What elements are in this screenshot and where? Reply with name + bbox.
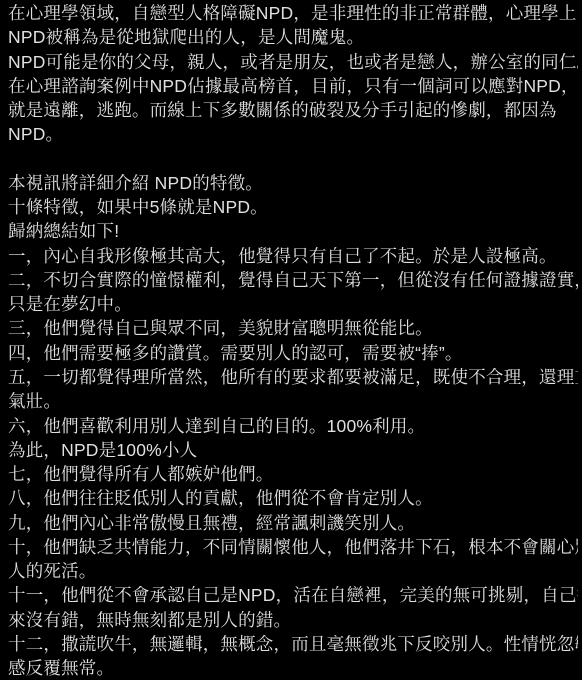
text-line: 二，不切合實際的憧憬權利，覺得自己天下第一，但從沒有任何證據證實， bbox=[8, 268, 578, 292]
text-line: 八，他們往往貶低別人的貢獻，他們從不會肯定別人。 bbox=[8, 486, 578, 510]
text-line: 九，他們內心非常傲慢且無禮，經常諷刺譏笑別人。 bbox=[8, 511, 578, 535]
text-line: 人的死活。 bbox=[8, 559, 578, 583]
text-line: 一，內心自我形像極其高大，他覺得只有自己了不起。於是人設極高。 bbox=[8, 244, 578, 268]
text-line: 在心理學領域，自戀型人格障礙NPD，是非理性的非正常群體，心理學上 bbox=[8, 1, 578, 25]
text-line: 六，他們喜歡利用別人達到自己的目的。100%利用。 bbox=[8, 414, 578, 438]
text-line: 為此，NPD是100%小人 bbox=[8, 438, 578, 462]
text-line: 七，他們覺得所有人都嫉妒他們。 bbox=[8, 462, 578, 486]
text-line: 本視訊將詳細介紹 NPD的特徵。 bbox=[8, 171, 578, 195]
text-line: NPD被稱為是從地獄爬出的人，是人間魔鬼。 bbox=[8, 25, 578, 49]
text-line: 十一，他們從不會承認自己是NPD，活在自戀裡，完美的無可挑剔，自己從 bbox=[8, 583, 578, 607]
text-body: 在心理學領域，自戀型人格障礙NPD，是非理性的非正常群體，心理學上NPD被稱為是… bbox=[8, 1, 578, 680]
text-line: 五，一切都覺得理所當然，他所有的要求都要被滿足，既使不合理，還理直 bbox=[8, 365, 578, 389]
text-line: 來沒有錯，無時無刻都是別人的錯。 bbox=[8, 608, 578, 632]
text-line: 只是在夢幻中。 bbox=[8, 292, 578, 316]
text-line: 感反覆無常。 bbox=[8, 656, 578, 680]
text-line bbox=[8, 147, 578, 171]
text-line: 四，他們需要極多的讚賞。需要別人的認可，需要被“捧”。 bbox=[8, 341, 578, 365]
text-line: 十二，撒謊吹牛，無邏輯，無概念，而且毫無徵兆下反咬別人。性情恍忽敏 bbox=[8, 632, 578, 656]
text-line: NPD可能是你的父母，親人，或者是朋友，也或者是戀人，辦公室的同仁。 bbox=[8, 50, 578, 74]
text-line: NPD。 bbox=[8, 122, 578, 146]
text-line: 就是遠離，逃跑。而線上下多數關係的破裂及分手引起的慘劇，都因為 bbox=[8, 98, 578, 122]
text-line: 在心理諮詢案例中NPD佔據最高榜首，目前，只有一個詞可以應對NPD，那 bbox=[8, 74, 578, 98]
page: 在心理學領域，自戀型人格障礙NPD，是非理性的非正常群體，心理學上NPD被稱為是… bbox=[0, 0, 582, 680]
text-line: 歸納總結如下! bbox=[8, 219, 578, 243]
text-line: 三，他們覺得自己與眾不同，美貌財富聰明無從能比。 bbox=[8, 316, 578, 340]
text-line: 十條特徵，如果中5條就是NPD。 bbox=[8, 195, 578, 219]
text-line: 氣壯。 bbox=[8, 389, 578, 413]
text-line: 十，他們缺乏共情能力，不同情關懷他人，他們落井下石，根本不會關心別 bbox=[8, 535, 578, 559]
